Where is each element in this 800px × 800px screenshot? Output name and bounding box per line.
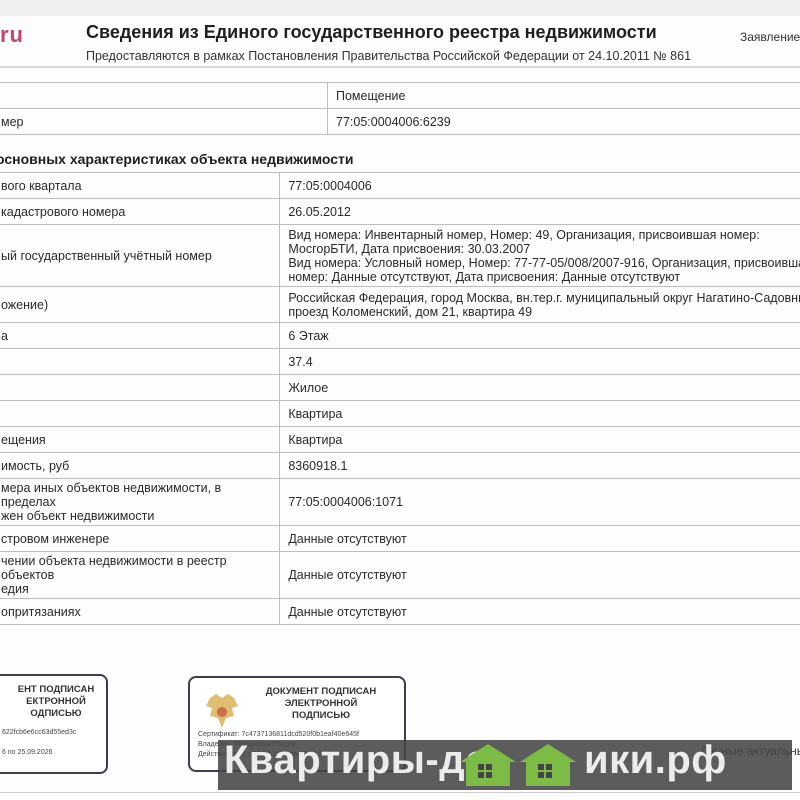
table-row: опритязанияхДанные отсутствуют — [0, 599, 800, 625]
table-row: Помещение — [0, 83, 800, 109]
row-value: Данные отсутствуют — [280, 599, 800, 625]
row-value-line: МосгорБТИ, Дата присвоения: 30.03.2007 — [288, 242, 800, 256]
row-value: 37.4 — [280, 349, 800, 375]
stamp-title-line: ОДПИСЬЮ — [8, 708, 104, 720]
watermark-banner: Квартиры-до ики.рф — [218, 740, 792, 790]
object-type-table: Помещениемер77:05:0004006:6239 — [0, 82, 800, 135]
table-row: кадастрового номера26.05.2012 — [0, 199, 800, 225]
stamp-title-line: ЕКТРОННОЙ — [8, 696, 104, 708]
row-label-line: чении объекта недвижимости в реестр объе… — [1, 554, 271, 582]
row-label-line: едия — [1, 582, 271, 596]
table-row: 37.4 — [0, 349, 800, 375]
row-label: мера иных объектов недвижимости, в преде… — [0, 479, 280, 526]
table-row: вого квартала77:05:0004006 — [0, 173, 800, 199]
row-value: 77:05:0004006:6239 — [328, 109, 800, 135]
table-row: имость, руб8360918.1 — [0, 453, 800, 479]
row-label — [0, 375, 280, 401]
stamp-certificate: 622fcb6e6cc63d55ed3c — [2, 728, 76, 737]
row-value: Данные отсутствуют — [280, 526, 800, 552]
row-label-line: жен объект недвижимости — [1, 509, 271, 523]
row-label: ожение) — [0, 287, 280, 323]
row-value: Квартира — [280, 401, 800, 427]
row-label: чении объекта недвижимости в реестр объе… — [0, 552, 280, 599]
row-label: ый государственный учётный номер — [0, 225, 280, 287]
row-value-line: номер: Данные отсутствуют, Дата присвоен… — [288, 270, 800, 284]
row-value-line: Российская Федерация, город Москва, вн.т… — [288, 291, 800, 305]
row-label: имость, руб — [0, 453, 280, 479]
row-value: 77:05:0004006:1071 — [280, 479, 800, 526]
row-label-line: мера иных объектов недвижимости, в преде… — [1, 481, 271, 509]
row-value: Российская Федерация, город Москва, вн.т… — [280, 287, 800, 323]
characteristics-table: вого квартала77:05:0004006 кадастрового … — [0, 172, 800, 625]
watermark-text-right: ики.рф — [584, 738, 727, 783]
table-row: ожение)Российская Федерация, город Москв… — [0, 287, 800, 323]
table-row: мера иных объектов недвижимости, в преде… — [0, 479, 800, 526]
stamp-title-line: ПОДПИСЬЮ — [246, 710, 396, 722]
table-row: чении объекта недвижимости в реестр объе… — [0, 552, 800, 599]
table-row: стровом инженереДанные отсутствуют — [0, 526, 800, 552]
application-label: Заявление — [740, 30, 800, 44]
row-label — [0, 401, 280, 427]
row-value-line: Вид номера: Условный номер, Номер: 77-77… — [288, 256, 800, 270]
table-row: а6 Этаж — [0, 323, 800, 349]
watermark-text-left: Квартиры-до — [224, 738, 490, 783]
table-row: Квартира — [0, 401, 800, 427]
signature-stamp-left: ЕНТ ПОДПИСАН ЕКТРОННОЙ ОДПИСЬЮ 622fcb6e6… — [0, 674, 108, 774]
site-logo[interactable]: ru — [0, 22, 24, 48]
bottom-divider — [0, 792, 800, 793]
row-label: мер — [0, 109, 328, 135]
row-value: Данные отсутствуют — [280, 552, 800, 599]
row-value: 77:05:0004006 — [280, 173, 800, 199]
table-row: ещенияКвартира — [0, 427, 800, 453]
row-value: Вид номера: Инвентарный номер, Номер: 49… — [280, 225, 800, 287]
table-row: Жилое — [0, 375, 800, 401]
row-label: ещения — [0, 427, 280, 453]
document-subtitle: Предоставляются в рамках Постановления П… — [86, 49, 691, 63]
row-value: Жилое — [280, 375, 800, 401]
row-label: опритязаниях — [0, 599, 280, 625]
row-value-line: проезд Коломенский, дом 21, квартира 49 — [288, 305, 800, 319]
stamp-title-line: ДОКУМЕНТ ПОДПИСАН — [246, 686, 396, 698]
coat-of-arms-icon — [204, 692, 240, 732]
row-value-line: Вид номера: Инвентарный номер, Номер: 49… — [288, 228, 800, 242]
stamp-validity: 6 по 25.09.2026 — [2, 748, 53, 757]
row-label — [0, 83, 328, 109]
row-label — [0, 349, 280, 375]
houses-logo-icon — [458, 742, 580, 786]
row-value: 8360918.1 — [280, 453, 800, 479]
row-label: вого квартала — [0, 173, 280, 199]
table-row: мер77:05:0004006:6239 — [0, 109, 800, 135]
table-row: ый государственный учётный номерВид номе… — [0, 225, 800, 287]
stamp-title-line: ЕНТ ПОДПИСАН — [8, 684, 104, 696]
top-band — [0, 0, 800, 16]
document-title: Сведения из Единого государственного рее… — [86, 22, 657, 43]
row-label: стровом инженере — [0, 526, 280, 552]
row-label: кадастрового номера — [0, 199, 280, 225]
row-value: 6 Этаж — [280, 323, 800, 349]
stamp-title-line: ЭЛЕКТРОННОЙ — [246, 698, 396, 710]
row-value: Помещение — [328, 83, 800, 109]
row-value: 26.05.2012 — [280, 199, 800, 225]
row-label: а — [0, 323, 280, 349]
row-value: Квартира — [280, 427, 800, 453]
header-divider — [0, 66, 800, 68]
section-title: основных характеристиках объекта недвижи… — [0, 151, 354, 167]
